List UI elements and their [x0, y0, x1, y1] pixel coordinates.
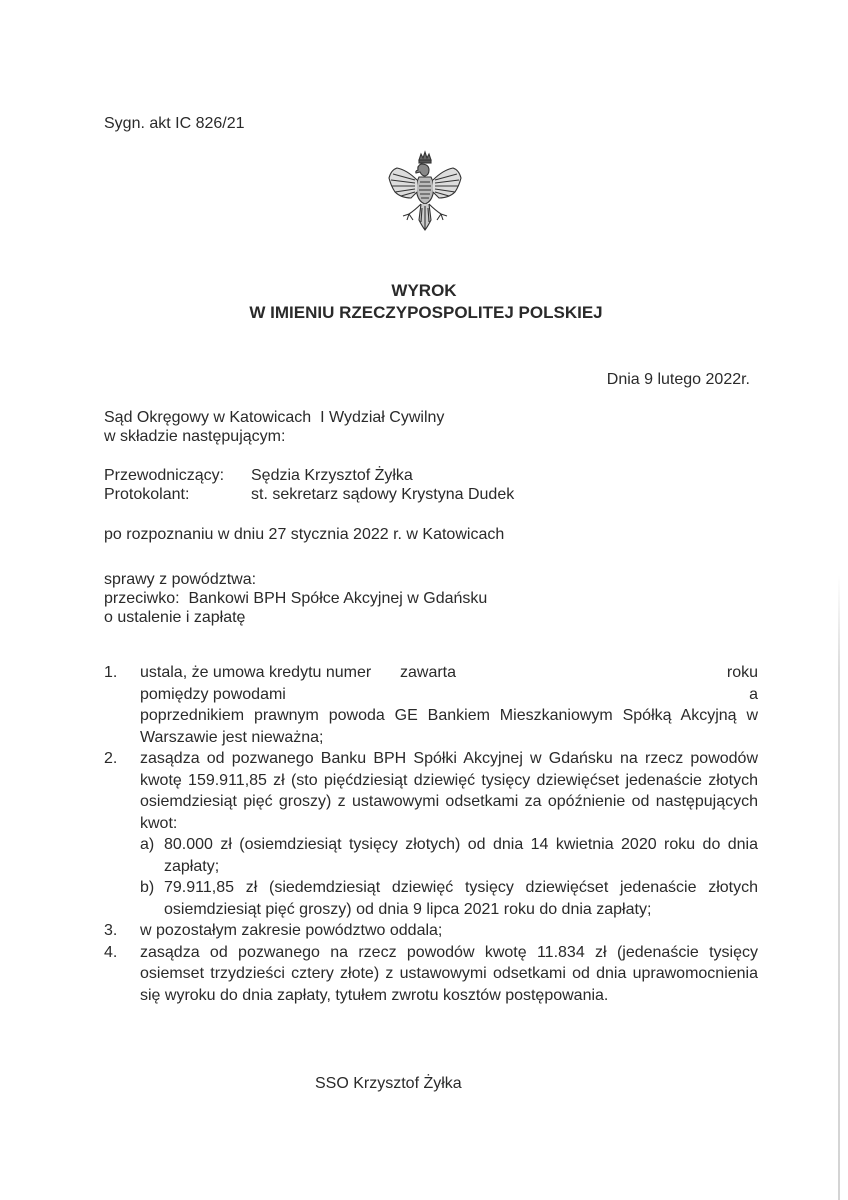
- item-number: 3.: [104, 920, 140, 942]
- case-defendant: przeciwko: Bankowi BPH Spółce Akcyjnej w…: [104, 589, 487, 608]
- court-info: Sąd Okręgowy w Katowicach I Wydział Cywi…: [104, 408, 444, 446]
- item-text: w pozostałym zakresie powództwo oddala;: [140, 920, 758, 942]
- item-text: pomiędzy powodami: [140, 684, 286, 706]
- item-text: zasądza od pozwanego na rzecz powodów kw…: [140, 942, 758, 1007]
- judgment-date: Dnia 9 lutego 2022r.: [607, 370, 750, 389]
- court-panel: Przewodniczący: Sędzia Krzysztof Żyłka P…: [104, 466, 514, 504]
- court-name: Sąd Okręgowy w Katowicach I Wydział Cywi…: [104, 408, 444, 427]
- sub-item-text: 79.911,85 zł (siedemdziesiąt dziewięć ty…: [164, 877, 758, 920]
- panel-role: Protokolant:: [104, 485, 251, 504]
- panel-name: st. sekretarz sądowy Krystyna Dudek: [251, 485, 514, 504]
- case-plaintiff: sprawy z powództwa:: [104, 570, 487, 589]
- sentence-item-3: 3. w pozostałym zakresie powództwo oddal…: [104, 920, 758, 942]
- sentence-item-1: 1. ustala, że umowa kredytu numer zawart…: [104, 662, 758, 748]
- panel-name: Sędzia Krzysztof Żyłka: [251, 466, 413, 485]
- panel-row-chair: Przewodniczący: Sędzia Krzysztof Żyłka: [104, 466, 514, 485]
- panel-role: Przewodniczący:: [104, 466, 251, 485]
- sub-item-letter: a): [140, 834, 164, 877]
- item-text: ustala, że umowa kredytu numer: [140, 662, 400, 684]
- judge-signature: SSO Krzysztof Żyłka: [315, 1074, 462, 1093]
- case-signature: Sygn. akt IC 826/21: [104, 114, 245, 133]
- sub-item-a: a) 80.000 zł (osiemdziesiąt tysięcy złot…: [140, 834, 758, 877]
- sub-item-b: b) 79.911,85 zł (siedemdziesiąt dziewięć…: [140, 877, 758, 920]
- scan-edge-line: [838, 575, 840, 1200]
- item-text: zawarta: [400, 662, 727, 684]
- item-text: roku: [727, 662, 758, 684]
- item-number: 2.: [104, 748, 140, 920]
- document-title: WYROK: [0, 280, 848, 302]
- panel-row-clerk: Protokolant: st. sekretarz sądowy Krysty…: [104, 485, 514, 504]
- case-info: sprawy z powództwa: przeciwko: Bankowi B…: [104, 570, 487, 627]
- sentence-list: 1. ustala, że umowa kredytu numer zawart…: [104, 662, 758, 1006]
- case-subject: o ustalenie i zapłatę: [104, 608, 487, 627]
- item-text: a: [749, 684, 758, 706]
- sub-item-letter: b): [140, 877, 164, 920]
- sentence-item-4: 4. zasądza od pozwanego na rzecz powodów…: [104, 942, 758, 1007]
- item-number: 1.: [104, 662, 140, 748]
- item-number: 4.: [104, 942, 140, 1007]
- document-subtitle: W IMIENIU RZECZYPOSPOLITEJ POLSKIEJ: [2, 302, 848, 324]
- hearing-info: po rozpoznaniu w dniu 27 stycznia 2022 r…: [104, 525, 504, 544]
- sentence-item-2: 2. zasądza od pozwanego Banku BPH Spółki…: [104, 748, 758, 920]
- sub-item-text: 80.000 zł (osiemdziesiąt tysięcy złotych…: [164, 834, 758, 877]
- item-text: zasądza od pozwanego Banku BPH Spółki Ak…: [140, 748, 758, 834]
- item-text: poprzednikiem prawnym powoda GE Bankiem …: [140, 705, 758, 748]
- court-composition-label: w składzie następującym:: [104, 427, 444, 446]
- polish-eagle-emblem-icon: [385, 150, 465, 238]
